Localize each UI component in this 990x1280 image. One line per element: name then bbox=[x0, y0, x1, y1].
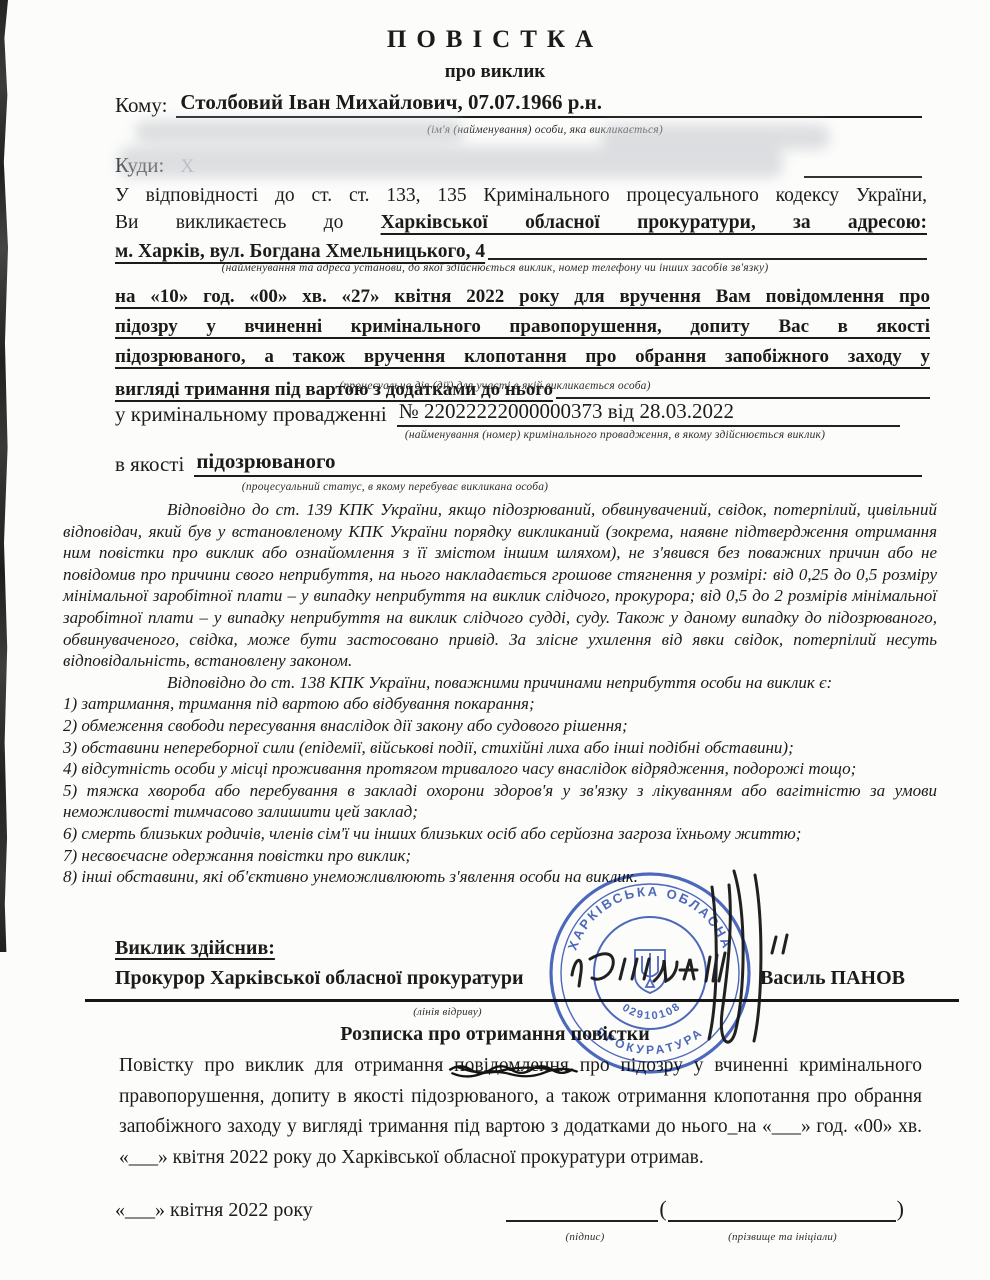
legal-reason-4: 4) відсутність особи у місці проживання … bbox=[63, 758, 937, 780]
action-line-2: підозру у вчиненні кримінального правопо… bbox=[115, 313, 930, 343]
legal-reason-8: 8) інші обставини, які об'єктивно унемож… bbox=[63, 866, 937, 888]
status-label: в якості bbox=[115, 452, 184, 477]
legal-reason-3: 3) обставини непереборної сили (епідемії… bbox=[63, 737, 937, 759]
action-line-2-text: підозру у вчиненні кримінального правопо… bbox=[115, 316, 930, 337]
legal-notice-block: Відповідно до ст. 139 КПК України, якщо … bbox=[63, 499, 937, 888]
document-title: ПОВІСТКА bbox=[0, 26, 990, 54]
institution-caption: (найменування та адреса установи, до яко… bbox=[0, 262, 990, 274]
redaction-smudge-3 bbox=[118, 146, 783, 178]
paren-open: ( bbox=[658, 1196, 667, 1222]
receipt-paragraph: Повістку про виклик для отримання повідо… bbox=[119, 1051, 922, 1173]
redaction-smudge-1 bbox=[135, 120, 465, 144]
case-label: у кримінальному провадженні bbox=[115, 402, 387, 427]
destination-underline-stub bbox=[804, 154, 922, 178]
legal-reason-6: 6) смерть близьких родичів, членів сім'ї… bbox=[63, 823, 937, 845]
document-subtitle: про виклик bbox=[0, 61, 990, 83]
status-row: в якості підозрюваного bbox=[115, 449, 922, 477]
signature-blank-line bbox=[506, 1198, 658, 1222]
scan-edge-artifact bbox=[0, 0, 8, 952]
summons-address: м. Харків, вул. Богдана Хмельницького, 4 bbox=[115, 239, 485, 264]
receipt-date: «___» квітня 2022 року bbox=[115, 1199, 313, 1222]
scanned-summons-document: ПОВІСТКА про виклик Кому: Столбовий Іван… bbox=[0, 0, 990, 1280]
summons-institution: Харківської обласної прокуратури, за адр… bbox=[381, 212, 927, 233]
handwritten-signature bbox=[558, 853, 790, 1059]
receipt-date-row: «___» квітня 2022 року ( ) bbox=[115, 1196, 905, 1222]
recipient-row: Кому: Столбовий Іван Михайлович, 07.07.1… bbox=[115, 90, 922, 118]
recipient-label: Кому: bbox=[115, 93, 167, 118]
signature-caption: (підпис) bbox=[520, 1231, 650, 1243]
summons-line-3: м. Харків, вул. Богдана Хмельницького, 4 bbox=[115, 237, 927, 264]
case-row: у кримінальному провадженні № 2202222200… bbox=[115, 399, 900, 427]
summons-line-2: Ви викликаєтесь до Харківської обласної … bbox=[115, 210, 927, 237]
action-line-3-text: підозрюваного, а також вручення клопотан… bbox=[115, 346, 930, 367]
status-field: підозрюваного bbox=[194, 449, 922, 477]
legal-art138-intro: Відповідно до ст. 138 КПК України, поваж… bbox=[63, 672, 937, 694]
receipt-title: Розписка про отримання повістки bbox=[0, 1023, 990, 1046]
legal-reason-5: 5) тяжка хвороба або перебування в закла… bbox=[63, 780, 937, 823]
recipient-name-field: Столбовий Іван Михайлович, 07.07.1966 р.… bbox=[176, 90, 922, 118]
tear-line-caption: (лінія відриву) bbox=[0, 1006, 990, 1018]
summons-line-1: У відповідності до ст. ст. 133, 135 Крим… bbox=[115, 183, 927, 210]
action-caption: (процесуальна дія (дії) для участі в які… bbox=[0, 380, 990, 392]
receipt-text-before: Повістку про виклик для отримання bbox=[119, 1055, 443, 1076]
paren-close: ) bbox=[896, 1196, 905, 1222]
legal-reason-2: 2) обмеження свободи пересування внаслід… bbox=[63, 715, 937, 737]
legal-reason-7: 7) несвоєчасне одержання повістки про ви… bbox=[63, 845, 937, 867]
summons-paragraph: У відповідності до ст. ст. 133, 135 Крим… bbox=[115, 183, 927, 264]
legal-art139-paragraph: Відповідно до ст. 139 КПК України, якщо … bbox=[63, 499, 937, 672]
action-line-3: підозрюваного, а також вручення клопотан… bbox=[115, 343, 930, 373]
name-caption: (прізвище та ініціали) bbox=[675, 1231, 890, 1243]
action-line-1: на «10» год. «00» хв. «27» квітня 2022 р… bbox=[115, 283, 930, 313]
case-caption: (найменування (номер) кримінального пров… bbox=[115, 429, 925, 441]
status-caption: (процесуальний статус, в якому перебуває… bbox=[115, 481, 925, 493]
summons-line-1-text: У відповідності до ст. ст. 133, 135 Крим… bbox=[115, 185, 927, 206]
case-number-field: № 22022222000000373 від 28.03.2022 bbox=[397, 399, 900, 427]
action-line-1-text: на «10» год. «00» хв. «27» квітня 2022 р… bbox=[115, 286, 930, 307]
issuer-heading: Виклик здійснив: bbox=[115, 937, 275, 960]
legal-reason-1: 1) затримання, тримання під вартою або в… bbox=[63, 693, 937, 715]
signature-line-group: ( ) bbox=[506, 1196, 905, 1222]
name-blank-line bbox=[668, 1198, 896, 1222]
tear-line bbox=[85, 999, 959, 1002]
issuer-position: Прокурор Харківської обласної прокуратур… bbox=[115, 967, 524, 990]
summons-line-2-regular: Ви викликаєтесь до bbox=[115, 212, 343, 233]
address-tail-line bbox=[488, 258, 927, 260]
